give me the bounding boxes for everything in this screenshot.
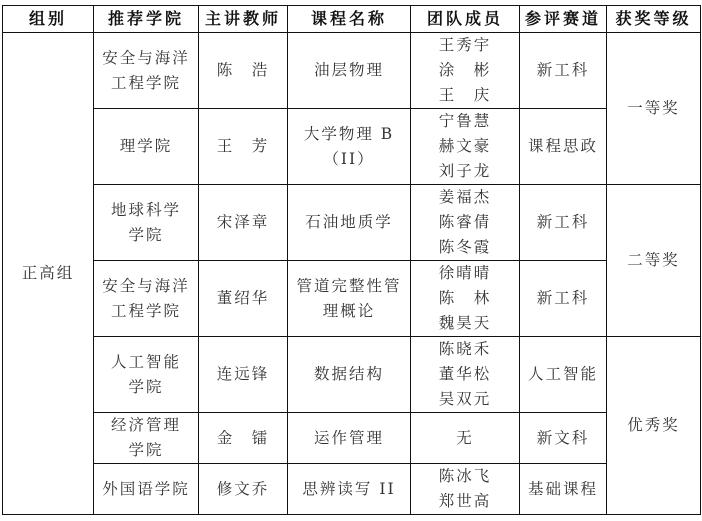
course-line: （II） bbox=[292, 147, 406, 172]
header-group: 组别 bbox=[3, 6, 94, 33]
track-cell: 基础课程 bbox=[520, 464, 607, 515]
college-cell: 人工智能 学院 bbox=[94, 337, 199, 413]
member-name: 陈冰飞 bbox=[415, 464, 515, 489]
college-line: 人工智能 bbox=[98, 350, 194, 375]
table-row: 地球科学 学院 宋泽章 石油地质学 姜福杰 陈睿倩 陈冬霞 新工科 二等奖 bbox=[3, 185, 701, 261]
awards-table: 组别 推荐学院 主讲教师 课程名称 团队成员 参评赛道 获奖等级 正高组 安全与… bbox=[2, 5, 701, 515]
college-line: 理学院 bbox=[98, 134, 194, 159]
header-award: 获奖等级 bbox=[607, 6, 701, 33]
member-name: 涂 彬 bbox=[415, 58, 515, 83]
course-cell: 思辨读写 II bbox=[288, 464, 411, 515]
members-cell: 陈冰飞 郑世高 bbox=[411, 464, 520, 515]
course-line: 管道完整性管 bbox=[292, 274, 406, 299]
teacher-cell: 陈 浩 bbox=[199, 33, 288, 109]
course-cell: 大学物理 B （II） bbox=[288, 109, 411, 185]
teacher-cell: 王 芳 bbox=[199, 109, 288, 185]
members-cell: 王秀宇 涂 彬 王 庆 bbox=[411, 33, 520, 109]
member-name: 陈冬霞 bbox=[415, 235, 515, 260]
course-line: 石油地质学 bbox=[292, 210, 406, 235]
award-cell-second: 二等奖 bbox=[607, 185, 701, 337]
teacher-cell: 修文乔 bbox=[199, 464, 288, 515]
member-name: 陈晓禾 bbox=[415, 337, 515, 362]
member-name: 刘子龙 bbox=[415, 159, 515, 184]
college-line: 经济管理 bbox=[98, 413, 194, 438]
member-name: 宁鲁慧 bbox=[415, 109, 515, 134]
member-name: 魏昊天 bbox=[415, 311, 515, 336]
track-cell: 新工科 bbox=[520, 261, 607, 337]
member-name: 王 庆 bbox=[415, 83, 515, 108]
table-row: 理学院 王 芳 大学物理 B （II） 宁鲁慧 赫文豪 刘子龙 课程思政 bbox=[3, 109, 701, 185]
college-line: 学院 bbox=[98, 375, 194, 400]
table-row: 人工智能 学院 连远锋 数据结构 陈晓禾 董华松 吴双元 人工智能 优秀奖 bbox=[3, 337, 701, 413]
header-teacher: 主讲教师 bbox=[199, 6, 288, 33]
member-name: 徐晴晴 bbox=[415, 261, 515, 286]
college-line: 安全与海洋 bbox=[98, 46, 194, 71]
teacher-cell: 宋泽章 bbox=[199, 185, 288, 261]
member-name: 无 bbox=[415, 426, 515, 451]
header-row: 组别 推荐学院 主讲教师 课程名称 团队成员 参评赛道 获奖等级 bbox=[3, 6, 701, 33]
member-name: 赫文豪 bbox=[415, 134, 515, 159]
college-cell: 安全与海洋 工程学院 bbox=[94, 33, 199, 109]
member-name: 吴双元 bbox=[415, 387, 515, 412]
header-track: 参评赛道 bbox=[520, 6, 607, 33]
college-cell: 经济管理 学院 bbox=[94, 413, 199, 464]
course-line: 油层物理 bbox=[292, 58, 406, 83]
members-cell: 无 bbox=[411, 413, 520, 464]
header-course: 课程名称 bbox=[288, 6, 411, 33]
college-line: 学院 bbox=[98, 438, 194, 463]
table-row: 经济管理 学院 金 镭 运作管理 无 新文科 bbox=[3, 413, 701, 464]
members-cell: 宁鲁慧 赫文豪 刘子龙 bbox=[411, 109, 520, 185]
course-cell: 石油地质学 bbox=[288, 185, 411, 261]
track-cell: 新文科 bbox=[520, 413, 607, 464]
course-cell: 运作管理 bbox=[288, 413, 411, 464]
course-line: 大学物理 B bbox=[292, 122, 406, 147]
course-line: 运作管理 bbox=[292, 426, 406, 451]
member-name: 董华松 bbox=[415, 362, 515, 387]
college-line: 工程学院 bbox=[98, 71, 194, 96]
course-cell: 油层物理 bbox=[288, 33, 411, 109]
college-cell: 理学院 bbox=[94, 109, 199, 185]
member-name: 陈 林 bbox=[415, 286, 515, 311]
award-cell-excellent: 优秀奖 bbox=[607, 337, 701, 515]
table-row: 安全与海洋 工程学院 董绍华 管道完整性管 理概论 徐晴晴 陈 林 魏昊天 新工… bbox=[3, 261, 701, 337]
college-cell: 安全与海洋 工程学院 bbox=[94, 261, 199, 337]
members-cell: 陈晓禾 董华松 吴双元 bbox=[411, 337, 520, 413]
college-line: 地球科学 bbox=[98, 198, 194, 223]
member-name: 王秀宇 bbox=[415, 33, 515, 58]
college-line: 安全与海洋 bbox=[98, 274, 194, 299]
track-cell: 新工科 bbox=[520, 33, 607, 109]
college-line: 外国语学院 bbox=[98, 477, 194, 502]
award-cell-first: 一等奖 bbox=[607, 33, 701, 185]
teacher-cell: 连远锋 bbox=[199, 337, 288, 413]
members-cell: 姜福杰 陈睿倩 陈冬霞 bbox=[411, 185, 520, 261]
course-cell: 数据结构 bbox=[288, 337, 411, 413]
members-cell: 徐晴晴 陈 林 魏昊天 bbox=[411, 261, 520, 337]
member-name: 姜福杰 bbox=[415, 185, 515, 210]
table-row: 外国语学院 修文乔 思辨读写 II 陈冰飞 郑世高 基础课程 bbox=[3, 464, 701, 515]
college-cell: 外国语学院 bbox=[94, 464, 199, 515]
course-line: 思辨读写 II bbox=[292, 477, 406, 502]
course-cell: 管道完整性管 理概论 bbox=[288, 261, 411, 337]
table-row: 正高组 安全与海洋 工程学院 陈 浩 油层物理 王秀宇 涂 彬 王 庆 新工科 … bbox=[3, 33, 701, 109]
college-cell: 地球科学 学院 bbox=[94, 185, 199, 261]
header-college: 推荐学院 bbox=[94, 6, 199, 33]
teacher-cell: 董绍华 bbox=[199, 261, 288, 337]
header-members: 团队成员 bbox=[411, 6, 520, 33]
course-line: 数据结构 bbox=[292, 362, 406, 387]
group-cell: 正高组 bbox=[3, 33, 94, 515]
track-cell: 新工科 bbox=[520, 185, 607, 261]
member-name: 陈睿倩 bbox=[415, 210, 515, 235]
member-name: 郑世高 bbox=[415, 489, 515, 514]
track-cell: 人工智能 bbox=[520, 337, 607, 413]
course-line: 理概论 bbox=[292, 299, 406, 324]
college-line: 学院 bbox=[98, 223, 194, 248]
teacher-cell: 金 镭 bbox=[199, 413, 288, 464]
college-line: 工程学院 bbox=[98, 299, 194, 324]
track-cell: 课程思政 bbox=[520, 109, 607, 185]
